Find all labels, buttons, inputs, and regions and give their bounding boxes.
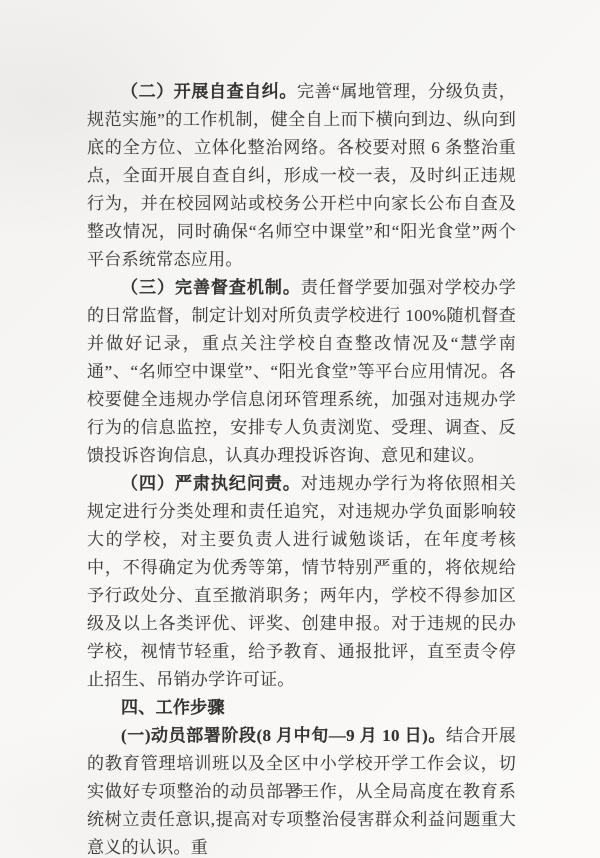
page-number: —5— [0,781,600,799]
paragraph-text: 完善“属地管理，分级负责，规范实施”的工作机制，健全自上而下横向到边、纵向到底的… [87,82,516,269]
document-page: （二）开展自查自纠。完善“属地管理，分级负责，规范实施”的工作机制，健全自上而下… [0,0,600,858]
paragraph: （二）开展自查自纠。完善“属地管理，分级负责，规范实施”的工作机制，健全自上而下… [87,78,516,274]
paragraph-text: 对违规办学行为将依照相关规定进行分类处理和责任追究，对违规办学负面影响较大的学校… [87,474,516,689]
paragraph: （四）严肃执纪问责。对违规办学行为将依照相关规定进行分类处理和责任追究，对违规办… [87,470,516,694]
document-body: （二）开展自查自纠。完善“属地管理，分级负责，规范实施”的工作机制，健全自上而下… [87,78,516,858]
paragraph-lead: （三）完善督查机制。 [121,278,301,297]
paragraph-lead: （二）开展自查自纠。 [121,82,297,101]
paragraph-text: 责任督学要加强对学校办学的日常监督，制定计划对所负责学校进行 100%随机督查并… [87,278,516,465]
paragraph-lead: (一)动员部署阶段(8 月中旬—9 月 10 日)。 [121,726,446,745]
paragraph: （三）完善督查机制。责任督学要加强对学校办学的日常监督，制定计划对所负责学校进行… [87,274,516,470]
section-heading: 四、工作步骤 [87,694,516,722]
paragraph-lead: （四）严肃执纪问责。 [121,474,301,493]
